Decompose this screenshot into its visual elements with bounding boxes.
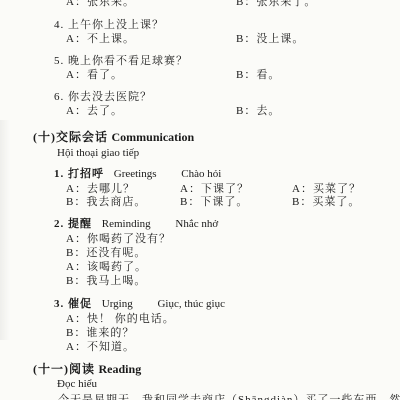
question-4-answer-b: B：没上课。 <box>236 33 304 46</box>
question-6-answer-a: A：去了。 <box>66 105 123 118</box>
question-5-answer-a: A：看了。 <box>66 69 123 82</box>
question-5-answer-b: B：看。 <box>236 69 280 82</box>
clipped-answer-a: A：张东来。 <box>66 0 135 9</box>
urging-label: 3. 催促 <box>54 298 92 310</box>
reminding-label: 2. 提醒 <box>54 218 92 230</box>
question-6-answer-b: B：去。 <box>236 105 280 118</box>
greetings-col2-a: A：下课了？ <box>180 183 249 196</box>
greetings-label-vi: Chào hỏi <box>181 168 221 181</box>
urging-line-1: A：快！ 你的电话。 <box>66 313 175 326</box>
urging-label-vi: Giục, thúc giục <box>157 298 225 311</box>
reading-section-heading: (十一)阅读 Reading <box>33 363 141 376</box>
greetings-col1-b: B：我去商店。 <box>66 196 146 209</box>
textbook-page: A：张东来。 B：张东来了。 4. 上午你上没上课？ A：不上课。 B：没上课。… <box>0 0 400 400</box>
greetings-col1-a: A：去哪儿？ <box>66 183 135 196</box>
greetings-heading: 1. 打招呼 Greetings Chào hỏi <box>54 168 221 181</box>
reminding-label-en: Reminding <box>102 218 151 231</box>
reading-title-cn: 阅读 <box>69 362 95 376</box>
urging-heading: 3. 催促 Urging Giục, thúc giục <box>54 298 225 311</box>
question-6: 6. 你去没去医院？ <box>54 91 152 104</box>
communication-title-vi: Hội thoại giao tiếp <box>57 147 139 160</box>
greetings-col3-a: A：买菜了？ <box>292 183 361 196</box>
urging-line-3: A：不知道。 <box>66 341 135 354</box>
communication-title-cn: 交际会话 <box>56 130 108 144</box>
clipped-answer-b: B：张东来了。 <box>236 0 316 9</box>
reading-title-en: Reading <box>99 362 142 376</box>
reminding-line-2: B：还没有呢。 <box>66 247 146 260</box>
communication-title-en: Communication <box>112 130 195 144</box>
question-4: 4. 上午你上没上课？ <box>54 19 164 32</box>
reminding-label-vi: Nhắc nhở <box>175 218 218 231</box>
reading-section-number: (十一) <box>33 362 69 376</box>
reading-title-vi: Đọc hiểu <box>57 378 97 391</box>
clipped-reading-line: 今天是星期天，我和同学去商店（Shāngdiàn）买了一些东西，然后去了学校。 <box>58 394 400 400</box>
reminding-line-3: A：该喝药了。 <box>66 261 147 274</box>
urging-line-2: B：谁来的？ <box>66 327 134 340</box>
communication-section-number: (十) <box>33 130 56 144</box>
reminding-line-1: A：你喝药了没有？ <box>66 233 171 246</box>
greetings-label-en: Greetings <box>114 168 157 181</box>
question-4-answer-a: A：不上课。 <box>66 33 135 46</box>
greetings-col3-b: B：买菜了。 <box>292 196 360 209</box>
urging-label-en: Urging <box>102 298 133 311</box>
question-5: 5. 晚上你看不看足球赛？ <box>54 55 188 68</box>
greetings-label: 1. 打招呼 <box>54 168 104 180</box>
greetings-col2-b: B：下课了。 <box>180 196 248 209</box>
reminding-line-4: B：我马上喝。 <box>66 275 146 288</box>
reminding-heading: 2. 提醒 Reminding Nhắc nhở <box>54 218 218 231</box>
communication-section-heading: (十)交际会话 Communication <box>33 131 194 144</box>
